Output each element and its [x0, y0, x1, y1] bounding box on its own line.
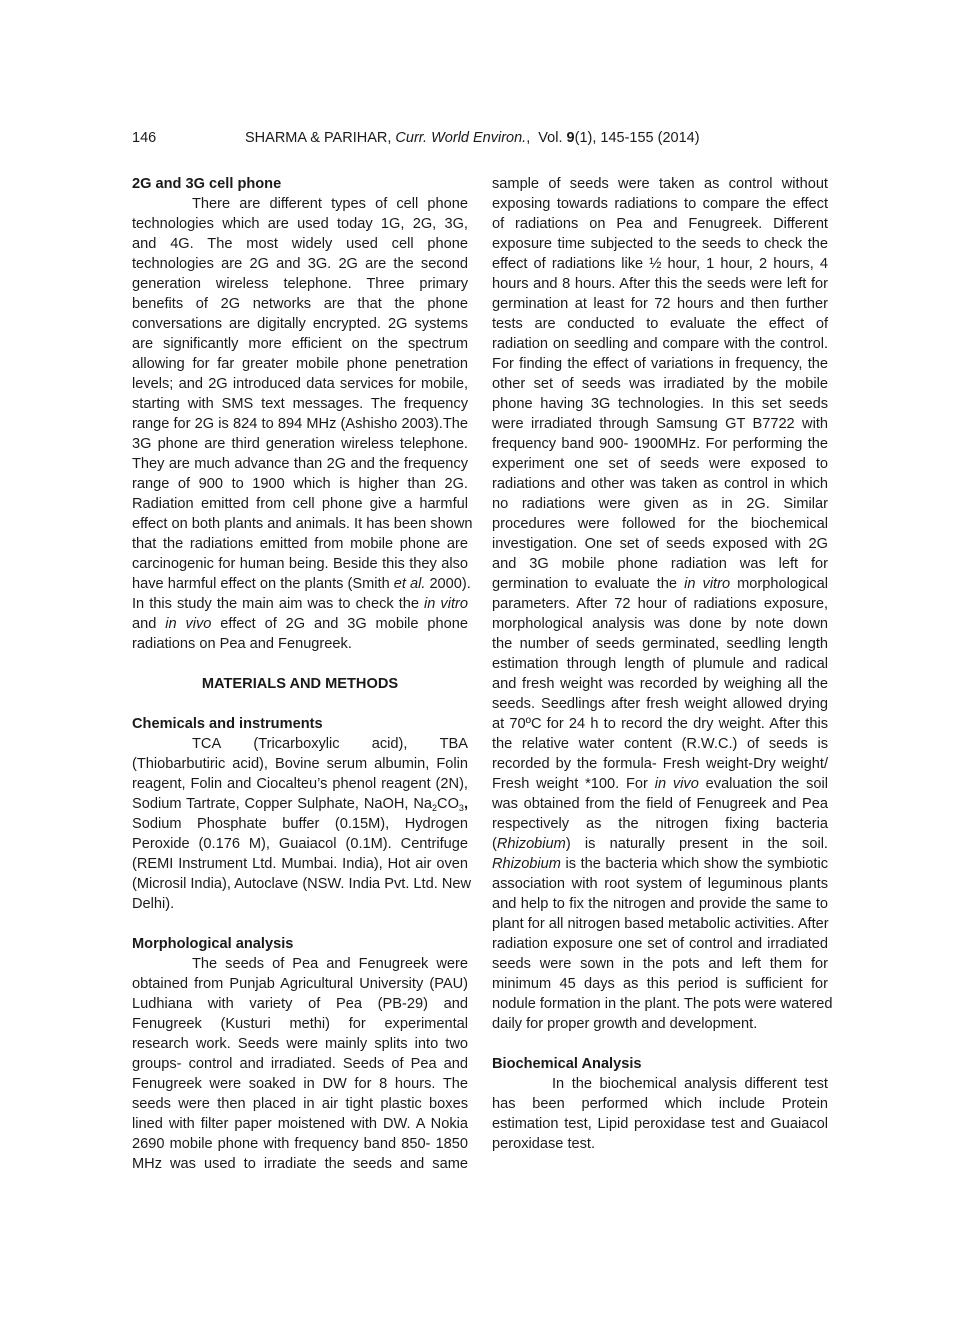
- paragraph-line: investigation. One set of seeds exposed …: [492, 534, 828, 554]
- paragraph-line: reagent, Folin and Ciocalteu’s phenol re…: [132, 774, 468, 794]
- paragraph-line: Peroxide (0.176 M), Guaiacol (0.1M). Cen…: [132, 834, 468, 854]
- paragraph-line: Delhi).: [132, 894, 468, 914]
- section-heading-morphological: Morphological analysis: [132, 934, 468, 954]
- paragraph-line: levels; and 2G introduced data services …: [132, 374, 468, 394]
- paragraph-line: nodule formation in the plant. The pots …: [492, 994, 828, 1014]
- text-run: ,: [464, 796, 468, 812]
- paragraph-line: range for 2G is 824 to 894 MHz (Ashisho …: [132, 414, 468, 434]
- paragraph-line: and fresh weight was recorded by weighin…: [492, 674, 828, 694]
- paragraph-line: other set of seeds was irradiated by the…: [492, 374, 828, 394]
- italic-text: Rhizobium: [492, 856, 561, 872]
- italic-text: in vivo: [655, 776, 699, 792]
- text-run: effect of 2G and 3G mobile phone: [211, 616, 468, 632]
- text-run: and: [132, 616, 165, 632]
- paragraph-line: seeds. Seedlings after fresh weight allo…: [492, 694, 828, 714]
- paragraph-line: obtained from Punjab Agricultural Univer…: [132, 974, 468, 994]
- spacer: [132, 694, 468, 714]
- paragraph-line: tests are conducted to evaluate the effe…: [492, 314, 828, 334]
- paragraph-line: no radiations were given as in 2G. Simil…: [492, 494, 828, 514]
- paragraph-line: the relative water content (R.W.C.) of s…: [492, 734, 828, 754]
- paragraph-line: daily for proper growth and development.: [492, 1014, 828, 1034]
- spacer: [132, 654, 468, 674]
- paragraph-line: (Thiobarbutiric acid), Bovine serum albu…: [132, 754, 468, 774]
- running-head-issue-pages: (1), 145-155 (2014): [575, 130, 700, 146]
- paragraph-line: germination to evaluate the in vitro mor…: [492, 574, 828, 594]
- text-run: TCA: [192, 734, 221, 754]
- paragraph-line: They are much advance than 2G and the fr…: [132, 454, 468, 474]
- paragraph-line: parameters. After 72 hour of radiations …: [492, 594, 828, 614]
- paragraph-line: In this study the main aim was to check …: [132, 594, 468, 614]
- text-run: ) is naturally present in the soil.: [566, 836, 828, 852]
- paragraph-line: hours and 8 hours. After this the seeds …: [492, 274, 828, 294]
- paragraph-line: that the radiations emitted from mobile …: [132, 534, 468, 554]
- paragraph-line: (Rhizobium) is naturally present in the …: [492, 834, 828, 854]
- running-head-authors: SHARMA & PARIHAR,: [245, 130, 395, 146]
- paragraph-line: morphological analysis was done by note …: [492, 614, 828, 634]
- paragraph-line: at 70ºC for 24 h to record the dry weigh…: [492, 714, 828, 734]
- paragraph-line: effect of radiations like ½ hour, 1 hour…: [492, 254, 828, 274]
- right-column: sample of seeds were taken as control wi…: [492, 174, 828, 1154]
- section-heading-2g-3g: 2G and 3G cell phone: [132, 174, 468, 194]
- paragraph-line: and in vivo effect of 2G and 3G mobile p…: [132, 614, 468, 634]
- text-run: is the bacteria which show the symbiotic: [561, 856, 828, 872]
- paragraph-line: In the biochemical analysis different te…: [492, 1074, 828, 1094]
- paragraph-line: generation wireless telephone. Three pri…: [132, 274, 468, 294]
- paragraph-line: radiations on Pea and Fenugreek.: [132, 634, 468, 654]
- paragraph-line: seeds were sown in the pots and left the…: [492, 954, 828, 974]
- paragraph-line: TCA (Tricarboxylic acid), TBA: [132, 734, 468, 754]
- paragraph-line: Sodium Phosphate buffer (0.15M), Hydroge…: [132, 814, 468, 834]
- paragraph-line: Rhizobium is the bacteria which show the…: [492, 854, 828, 874]
- italic-text: et al.: [394, 576, 426, 592]
- paragraph-line: MHz was used to irradiate the seeds and …: [132, 1154, 468, 1174]
- text-run: Sodium Tartrate, Copper Sulphate, NaOH, …: [132, 796, 432, 812]
- text-run: Fresh weight *100. For: [492, 776, 655, 792]
- paragraph-line: Fresh weight *100. For in vivo evaluatio…: [492, 774, 828, 794]
- paragraph-line: estimation through length of plumule and…: [492, 654, 828, 674]
- text-run: acid),: [372, 734, 408, 754]
- paragraph-line: 2690 mobile phone with frequency band 85…: [132, 1134, 468, 1154]
- paragraph-line: technologies are 2G and 3G. 2G are the s…: [132, 254, 468, 274]
- spacer: [492, 1034, 828, 1054]
- paragraph-line: radiations and other was taken as contro…: [492, 474, 828, 494]
- paragraph-line: lined with filter paper moistened with D…: [132, 1114, 468, 1134]
- paragraph-line: radiation exposure one set of control an…: [492, 934, 828, 954]
- paragraph-line: recorded by the formula- Fresh weight-Dr…: [492, 754, 828, 774]
- paragraph-line: minimum 45 days as this period is suffic…: [492, 974, 828, 994]
- text-run: (Tricarboxylic: [253, 734, 339, 754]
- text-run: evaluation the soil: [699, 776, 828, 792]
- paragraph-line: seeds were then placed in air tight plas…: [132, 1094, 468, 1114]
- page-number: 146: [132, 130, 156, 146]
- italic-text: Rhizobium: [497, 836, 566, 852]
- paragraph-line: effect on both plants and animals. It ha…: [132, 514, 468, 534]
- section-heading-chemicals: Chemicals and instruments: [132, 714, 468, 734]
- section-title-materials-methods: MATERIALS AND METHODS: [132, 674, 468, 694]
- paragraph-line: Ludhiana with variety of Pea (PB-29) and: [132, 994, 468, 1014]
- paragraph-line: the number of seeds germinated, seedling…: [492, 634, 828, 654]
- spacer: [132, 914, 468, 934]
- paragraph-line: Fenugreek were soaked in DW for 8 hours.…: [132, 1074, 468, 1094]
- paragraph-line: allowing for far greater mobile phone pe…: [132, 354, 468, 374]
- paragraph-line: association with root system of legumino…: [492, 874, 828, 894]
- text-run: 2000).: [425, 576, 470, 592]
- text-run: CO: [437, 796, 459, 812]
- paragraph-line: sample of seeds were taken as control wi…: [492, 174, 828, 194]
- paragraph-line: (REMI Instrument Ltd. Mumbai. India), Ho…: [132, 854, 468, 874]
- paragraph-line: procedures were followed for the biochem…: [492, 514, 828, 534]
- paragraph-line: radiation on seedling and compare with t…: [492, 334, 828, 354]
- text-run: In this study the main aim was to check …: [132, 596, 424, 612]
- paragraph-line: Sodium Tartrate, Copper Sulphate, NaOH, …: [132, 794, 468, 814]
- paragraph-line: has been performed which include Protein: [492, 1094, 828, 1114]
- text-run: TBA: [440, 734, 468, 754]
- text-run: have harmful effect on the plants (Smith: [132, 576, 394, 592]
- paragraph-line: germination at least for 72 hours and th…: [492, 294, 828, 314]
- italic-text: in vivo: [165, 616, 211, 632]
- paragraph-line: respectively as the nitrogen fixing bact…: [492, 814, 828, 834]
- italic-text: in vitro: [424, 596, 468, 612]
- running-head-vol-prefix: , Vol.: [526, 130, 566, 146]
- running-head-volume: 9: [567, 130, 575, 146]
- paragraph-line: phone having 3G technologies. In this se…: [492, 394, 828, 414]
- paragraph-line: benefits of 2G networks are that the pho…: [132, 294, 468, 314]
- paragraph-line: carcinogenic for human being. Beside thi…: [132, 554, 468, 574]
- paragraph-line: Fenugreek (Kusturi methi) for experiment…: [132, 1014, 468, 1034]
- paragraph-line: and help to fix the nitrogen and provide…: [492, 894, 828, 914]
- paragraph-line: are significantly more efficient on the …: [132, 334, 468, 354]
- paragraph-line: frequency band 900- 1900MHz. For perform…: [492, 434, 828, 454]
- paragraph-line: estimation test, Lipid peroxidase test a…: [492, 1114, 828, 1134]
- journal-page: 146 SHARMA & PARIHAR, Curr. World Enviro…: [0, 0, 960, 1320]
- paragraph-line: conversations are digitally encrypted. 2…: [132, 314, 468, 334]
- paragraph-line: There are different types of cell phone: [132, 194, 468, 214]
- paragraph-line: research work. Seeds were mainly splits …: [132, 1034, 468, 1054]
- paragraph-line: of radiations on Pea and Fenugreek. Diff…: [492, 214, 828, 234]
- paragraph-line: For finding the effect of variations in …: [492, 354, 828, 374]
- paragraph-line: exposing towards radiations to compare t…: [492, 194, 828, 214]
- text-run: morphological: [730, 576, 828, 592]
- paragraph-line: (Microsil India), Autoclave (NSW. India …: [132, 874, 468, 894]
- running-head-journal: Curr. World Environ.: [395, 130, 526, 146]
- running-head: SHARMA & PARIHAR, Curr. World Environ., …: [245, 130, 700, 146]
- paragraph-line: technologies which are used today 1G, 2G…: [132, 214, 468, 234]
- paragraph-line: plant for all nitrogen based metabolic a…: [492, 914, 828, 934]
- paragraph-line: range of 900 to 1900 which is higher tha…: [132, 474, 468, 494]
- paragraph-line: peroxidase test.: [492, 1134, 828, 1154]
- paragraph-line: The seeds of Pea and Fenugreek were: [132, 954, 468, 974]
- paragraph-line: were irradiated through Samsung GT B7722…: [492, 414, 828, 434]
- paragraph-line: and 4G. The most widely used cell phone: [132, 234, 468, 254]
- paragraph-line: groups- control and irradiated. Seeds of…: [132, 1054, 468, 1074]
- paragraph-line: Radiation emitted from cell phone give a…: [132, 494, 468, 514]
- paragraph-line: 3G phone are third generation wireless t…: [132, 434, 468, 454]
- paragraph-line: and 3G mobile phone radiation was left f…: [492, 554, 828, 574]
- italic-text: in vitro: [684, 576, 730, 592]
- section-heading-biochemical: Biochemical Analysis: [492, 1054, 828, 1074]
- paragraph-line: exposure time subjected to the seeds to …: [492, 234, 828, 254]
- text-run: germination to evaluate the: [492, 576, 684, 592]
- left-column: 2G and 3G cell phone There are different…: [132, 174, 468, 1174]
- paragraph-line: experiment one set of seeds were exposed…: [492, 454, 828, 474]
- paragraph-line: was obtained from the field of Fenugreek…: [492, 794, 828, 814]
- paragraph-line: starting with SMS text messages. The fre…: [132, 394, 468, 414]
- paragraph-line: have harmful effect on the plants (Smith…: [132, 574, 468, 594]
